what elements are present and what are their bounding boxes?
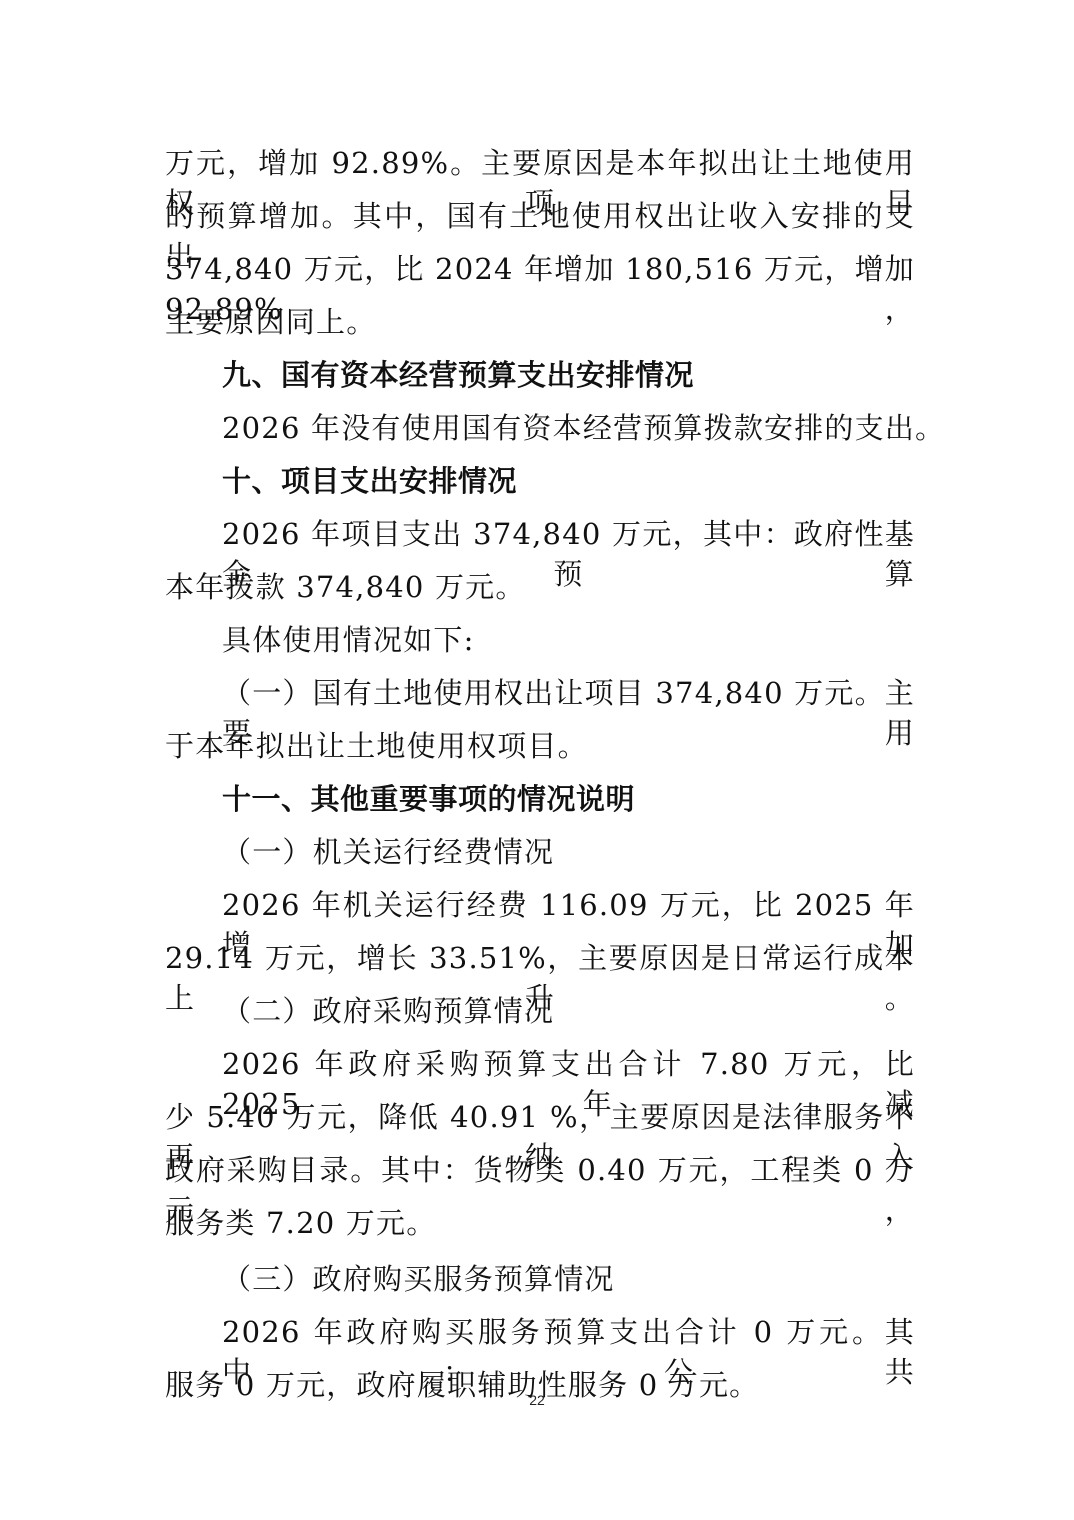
subsection-3-line: 2026 年政府购买服务预算支出合计 0 万元。其中：公共	[222, 1312, 915, 1352]
subsection-2-line: 服务类 7.20 万元。	[165, 1203, 915, 1243]
subsection-2-line: 2026 年政府采购预算支出合计 7.80 万元，比 2025 年减	[222, 1044, 915, 1084]
section-9-body: 2026 年没有使用国有资本经营预算拨款安排的支出。	[222, 408, 915, 448]
section-10-item-1-line: （一）国有土地使用权出让项目 374,840 万元。主要用	[222, 673, 915, 713]
subsection-3-title: （三）政府购买服务预算情况	[222, 1259, 915, 1299]
section-10-heading: 十、项目支出安排情况	[222, 461, 915, 501]
subsection-2-line: 政府采购目录。其中：货物类 0.40 万元，工程类 0 万元，	[165, 1150, 915, 1190]
page-number: 22	[0, 1392, 1074, 1408]
document-page: 万元，增加 92.89%。主要原因是本年拟出让土地使用权项目 的预算增加。其中，…	[0, 0, 1074, 1520]
subsection-2-title: （二）政府采购预算情况	[222, 991, 915, 1031]
paragraph-line: 的预算增加。其中，国有土地使用权出让收入安排的支出	[165, 196, 915, 236]
section-10-body-line: 本年拨款 374,840 万元。	[165, 567, 915, 607]
section-11-heading: 十一、其他重要事项的情况说明	[222, 779, 915, 819]
subsection-1-line: 29.14 万元，增长 33.51%，主要原因是日常运行成本上升。	[165, 938, 915, 978]
section-10-intro: 具体使用情况如下:	[222, 620, 915, 660]
section-9-heading: 九、国有资本经营预算支出安排情况	[222, 355, 915, 395]
paragraph-line: 主要原因同上。	[165, 302, 915, 342]
subsection-1-line: 2026 年机关运行经费 116.09 万元，比 2025 年增加	[222, 885, 915, 925]
subsection-2-line: 少 5.40 万元，降低 40.91 %，主要原因是法律服务不再纳入	[165, 1097, 915, 1137]
subsection-1-title: （一）机关运行经费情况	[222, 832, 915, 872]
paragraph-line: 万元，增加 92.89%。主要原因是本年拟出让土地使用权项目	[165, 143, 915, 183]
section-10-item-1-line: 于本年拟出让土地使用权项目。	[165, 726, 915, 766]
section-10-body-line: 2026 年项目支出 374,840 万元，其中：政府性基金预算	[222, 514, 915, 554]
paragraph-line: 374,840 万元，比 2024 年增加 180,516 万元，增加 92.8…	[165, 249, 915, 289]
